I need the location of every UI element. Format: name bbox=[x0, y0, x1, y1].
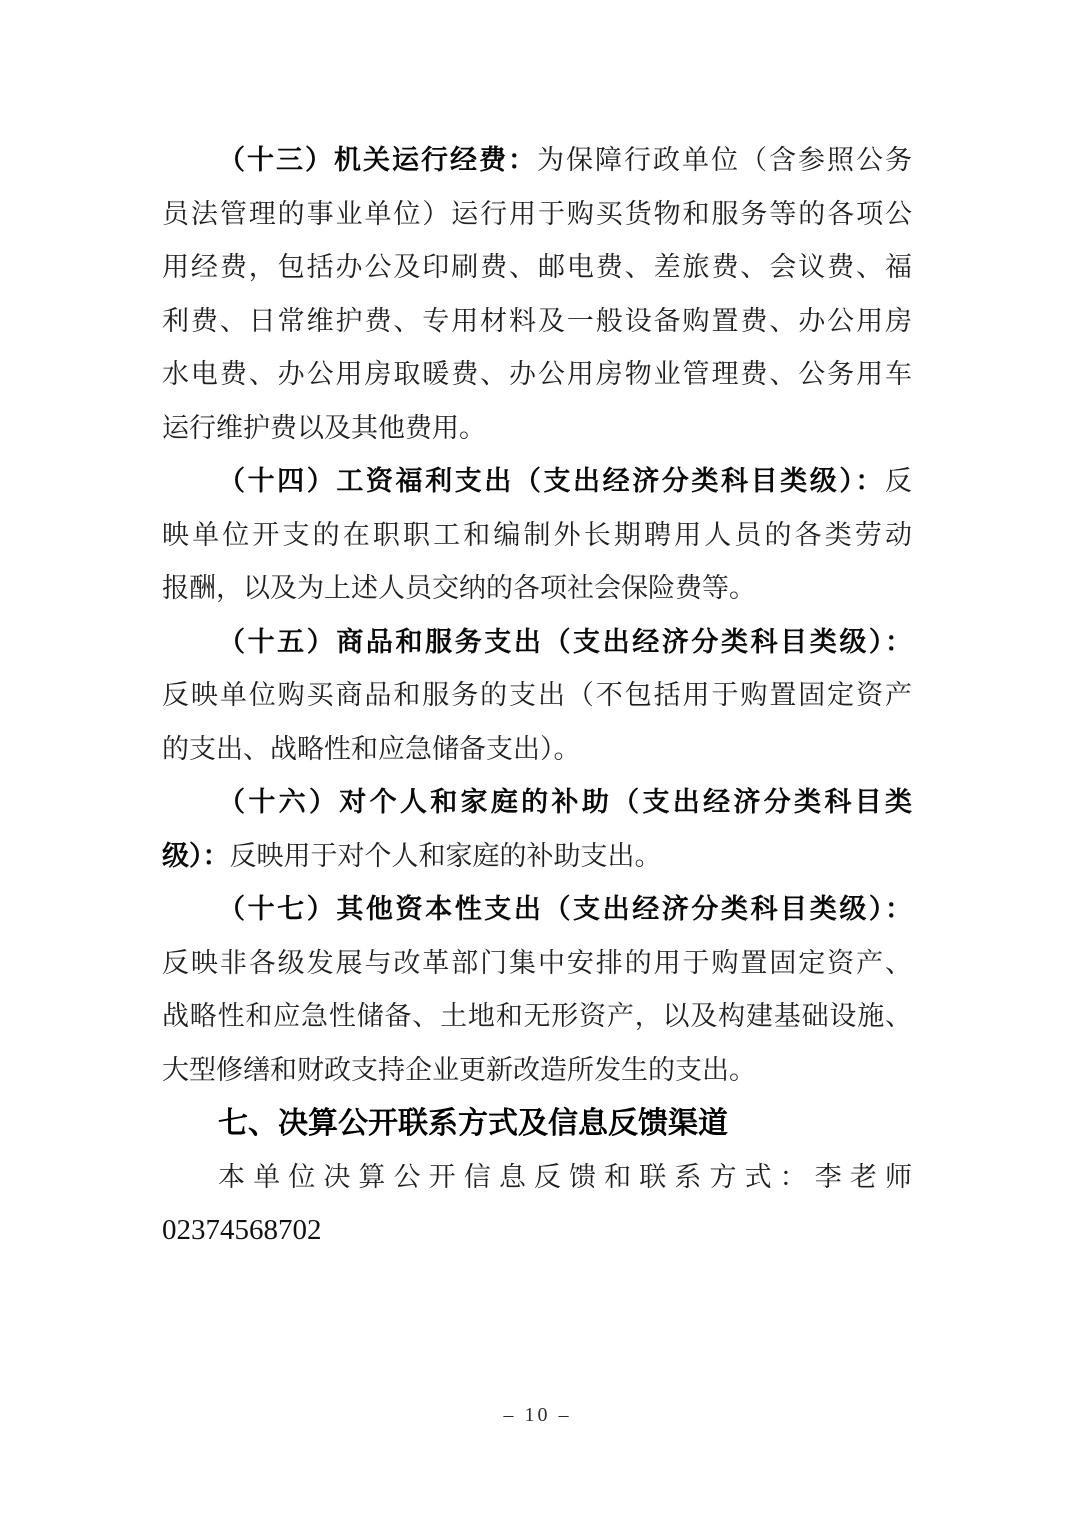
text-line: （十四）工资福利支出（支出经济分类科目类级）：反 bbox=[162, 455, 912, 509]
paragraph-item-14: （十四）工资福利支出（支出经济分类科目类级）：反 映单位开支的在职职工和编制外长… bbox=[162, 455, 912, 616]
paragraph-lead: （十七）其他资本性支出（支出经济分类科目类级）： bbox=[218, 894, 912, 924]
paragraph-lead: 级）： bbox=[162, 841, 230, 871]
text-line: 用经费，包括办公及印刷费、邮电费、差旅费、会议费、福 bbox=[162, 241, 912, 295]
text-line: 员法管理的事业单位）运行用于购买货物和服务等的各项公 bbox=[162, 188, 912, 242]
line-text: 反映用于对个人和家庭的补助支出。 bbox=[230, 841, 662, 871]
contact-phone: 02374568702 bbox=[162, 1204, 912, 1258]
paragraph-item-17: （十七）其他资本性支出（支出经济分类科目类级）： 反映非各级发展与改革部门集中安… bbox=[162, 883, 912, 1097]
text-line: 反映非各级发展与改革部门集中安排的用于购置固定资产、 bbox=[162, 937, 912, 991]
contact-paragraph: 本单位决算公开信息反馈和联系方式：李老师 02374568702 bbox=[162, 1151, 912, 1258]
text-line: 映单位开支的在职职工和编制外长期聘用人员的各类劳动 bbox=[162, 509, 912, 563]
paragraph-item-16: （十六）对个人和家庭的补助（支出经济分类科目类 级）：反映用于对个人和家庭的补助… bbox=[162, 776, 912, 883]
page-number: – 10 – bbox=[0, 1404, 1075, 1427]
paragraph-lead: （十三）机关运行经费： bbox=[218, 145, 537, 175]
line-text: 反 bbox=[885, 466, 912, 496]
text-line: 级）：反映用于对个人和家庭的补助支出。 bbox=[162, 830, 912, 884]
paragraph-lead: （十四）工资福利支出（支出经济分类科目类级）： bbox=[218, 466, 885, 496]
text-line: （十三）机关运行经费：为保障行政单位（含参照公务 bbox=[162, 134, 912, 188]
text-line: （十五）商品和服务支出（支出经济分类科目类级）： bbox=[162, 616, 912, 670]
text-line: 大型修缮和财政支持企业更新改造所发生的支出。 bbox=[162, 1044, 912, 1098]
text-line: 水电费、办公用房取暖费、办公用房物业管理费、公务用车 bbox=[162, 348, 912, 402]
paragraph-lead: （十五）商品和服务支出（支出经济分类科目类级）： bbox=[218, 627, 912, 657]
text-line: （十六）对个人和家庭的补助（支出经济分类科目类 bbox=[162, 776, 912, 830]
contact-line: 本单位决算公开信息反馈和联系方式：李老师 bbox=[162, 1151, 912, 1205]
line-text: 为保障行政单位（含参照公务 bbox=[537, 145, 912, 175]
paragraph-item-13: （十三）机关运行经费：为保障行政单位（含参照公务 员法管理的事业单位）运行用于购… bbox=[162, 134, 912, 455]
text-line: 报酬，以及为上述人员交纳的各项社会保险费等。 bbox=[162, 562, 912, 616]
text-line: 战略性和应急性储备、土地和无形资产，以及构建基础设施、 bbox=[162, 990, 912, 1044]
text-line: （十七）其他资本性支出（支出经济分类科目类级）： bbox=[162, 883, 912, 937]
section-heading: 七、决算公开联系方式及信息反馈渠道 bbox=[162, 1097, 912, 1151]
paragraph-item-15: （十五）商品和服务支出（支出经济分类科目类级）： 反映单位购买商品和服务的支出（… bbox=[162, 616, 912, 777]
document-body: （十三）机关运行经费：为保障行政单位（含参照公务 员法管理的事业单位）运行用于购… bbox=[162, 134, 912, 1258]
text-line: 的支出、战略性和应急储备支出）。 bbox=[162, 723, 912, 777]
document-page: （十三）机关运行经费：为保障行政单位（含参照公务 员法管理的事业单位）运行用于购… bbox=[0, 0, 1075, 1520]
text-line: 反映单位购买商品和服务的支出（不包括用于购置固定资产 bbox=[162, 669, 912, 723]
text-line: 运行维护费以及其他费用。 bbox=[162, 402, 912, 456]
text-line: 利费、日常维护费、专用材料及一般设备购置费、办公用房 bbox=[162, 295, 912, 349]
paragraph-lead: （十六）对个人和家庭的补助（支出经济分类科目类 bbox=[218, 787, 912, 817]
